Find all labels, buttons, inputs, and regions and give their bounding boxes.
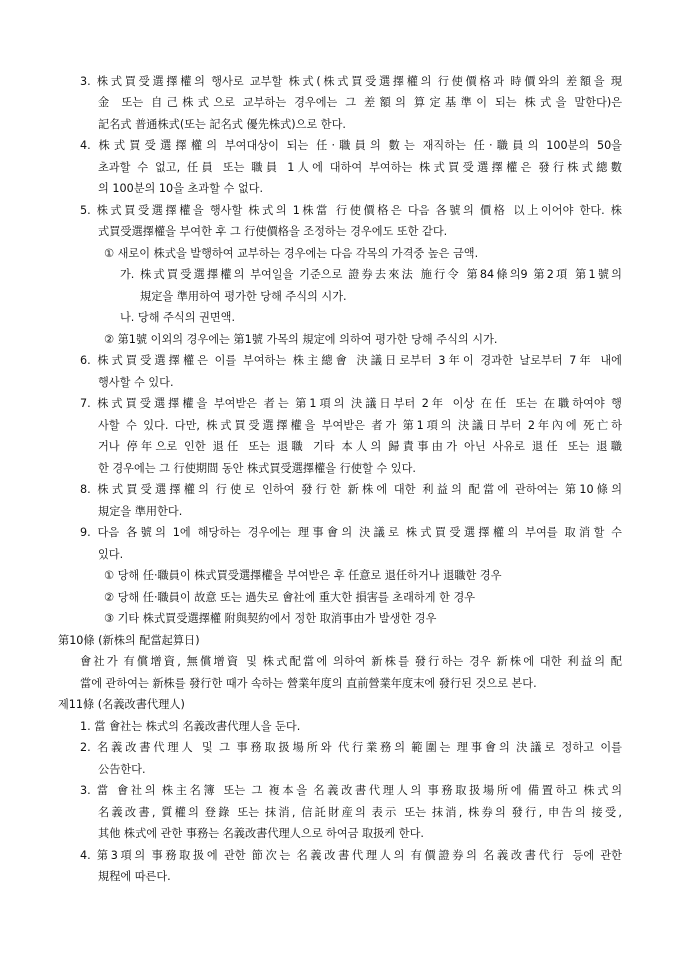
document-text-line: 式買受選擇權을 부여한 후 그 行使價格을 조정하는 경우에도 또한 같다. xyxy=(98,224,447,240)
document-text-line: 제11條 (名義改書代理人) xyxy=(58,697,185,713)
document-text-line: 한 경우에는 그 行使期間 동안 株式買受選擇權을 行使할 수 있다. xyxy=(98,461,416,477)
document-text-line: 초과할 수 없고, 任員 또는 職員 1人에 대하여 부여하는 株式買受選擇權은… xyxy=(98,160,622,176)
document-text-line: 의 100분의 10을 초과할 수 없다. xyxy=(98,181,263,197)
document-text-line: 9. 다음 各號의 1에 해당하는 경우에는 理事會의 決議로 株式買受選擇權의… xyxy=(80,525,622,541)
document-text-line: 1. 當 會社는 株式의 名義改書代理人을 둔다. xyxy=(80,719,300,735)
document-text-line: 6. 株式買受選擇權은 이를 부여하는 株主總會 決議日로부터 3年이 경과한 … xyxy=(80,353,622,369)
document-text-line: ② 당해 任·職員이 故意 또는 過失로 會社에 重大한 損害를 초래하게 한 … xyxy=(104,590,475,606)
document-text-line: 4. 第3項의 事務取扱에 관한 節次는 名義改書代理人의 有價證券의 名義改書… xyxy=(80,848,622,864)
document-text-line: 記名式 普通株式(또는 記名式 優先株式)으로 한다. xyxy=(98,117,346,133)
document-text-line: 5. 株式買受選擇權을 행사할 株式의 1株當 行使價格은 다음 各號의 價格 … xyxy=(80,203,622,219)
document-text-line: 4. 株式買受選擇權의 부여대상이 되는 任·職員의 數는 재직하는 任·職員의… xyxy=(80,138,622,154)
document-text-line: ① 당해 任·職員이 株式買受選擇權을 부여받은 후 任意로 退任하거나 退職한… xyxy=(104,568,502,584)
document-text-line: 會社가 有償增資, 無償增資 및 株式配當에 의하여 新株를 發行하는 경우 新… xyxy=(80,654,622,670)
document-text-line: 規定을 準用한다. xyxy=(98,504,182,520)
document-text-line: 2. 名義改書代理人 및 그 事務取扱場所와 代行業務의 範圍는 理事會의 決議… xyxy=(80,740,622,756)
document-text-line: 7. 株式買受選擇權을 부여받은 者는 第1項의 決議日부터 2年 이상 在任 … xyxy=(80,396,622,412)
document-text-line: 第10條 (新株의 配當起算日) xyxy=(58,633,200,649)
document-text-line: 當에 관하여는 新株를 發行한 때가 속하는 營業年度의 直前營業年度末에 發行… xyxy=(80,676,537,692)
document-text-line: 其他 株式에 관한 事務는 名義改書代理人으로 하여금 取扱케 한다. xyxy=(98,826,424,842)
document-text-line: 거나 停年으로 인한 退任 또는 退職 기타 本人의 歸責事由가 아닌 사유로 … xyxy=(98,439,622,455)
document-text-line: 행사할 수 있다. xyxy=(98,375,174,391)
document-text-line: 가. 株式買受選擇權의 부여일을 기준으로 證券去來法 施行令 第84條의9 第… xyxy=(120,267,622,283)
document-text-line: 나. 당해 주식의 권면액. xyxy=(120,310,235,326)
document-text-line: 3. 株式買受選擇權의 행사로 교부할 株式(株式買受選擇權의 行使價格과 時價… xyxy=(80,74,622,90)
document-text-line: ③ 기타 株式買受選擇權 附與契約에서 정한 取消事由가 발생한 경우 xyxy=(104,611,436,627)
document-text-line: ② 第1號 이외의 경우에는 第1號 가목의 規定에 의하여 평가한 당해 주식… xyxy=(104,332,497,348)
document-text-line: 3. 當 會社의 株主名簿 또는 그 複本을 名義改書代理人의 事務取扱場所에 … xyxy=(80,783,622,799)
document-text-line: ① 새로이 株式을 발행하여 교부하는 경우에는 다음 각목의 가격중 높은 금… xyxy=(104,246,478,262)
document-text-line: 金 또는 自己株式으로 교부하는 경우에는 그 差額의 算定基準이 되는 株式을… xyxy=(98,95,622,111)
document-page: 3. 株式買受選擇權의 행사로 교부할 株式(株式買受選擇權의 行使價格과 時價… xyxy=(0,0,680,962)
document-text-line: 公告한다. xyxy=(98,762,146,778)
document-text-line: 規定을 準用하여 평가한 당해 주식의 시가. xyxy=(140,289,347,305)
document-text-line: 있다. xyxy=(98,547,123,563)
document-text-line: 사할 수 있다. 다만, 株式買受選擇權을 부여받은 者가 第1項의 決議日부터… xyxy=(98,418,622,434)
document-text-line: 8. 株式買受選擇權의 行使로 인하여 發行한 新株에 대한 利益의 配當에 관… xyxy=(80,482,622,498)
document-text-line: 名義改書, 質權의 登錄 또는 抹消, 信託財産의 表示 또는 抹消, 株券의 … xyxy=(98,805,622,821)
document-text-line: 規程에 따른다. xyxy=(98,869,171,885)
